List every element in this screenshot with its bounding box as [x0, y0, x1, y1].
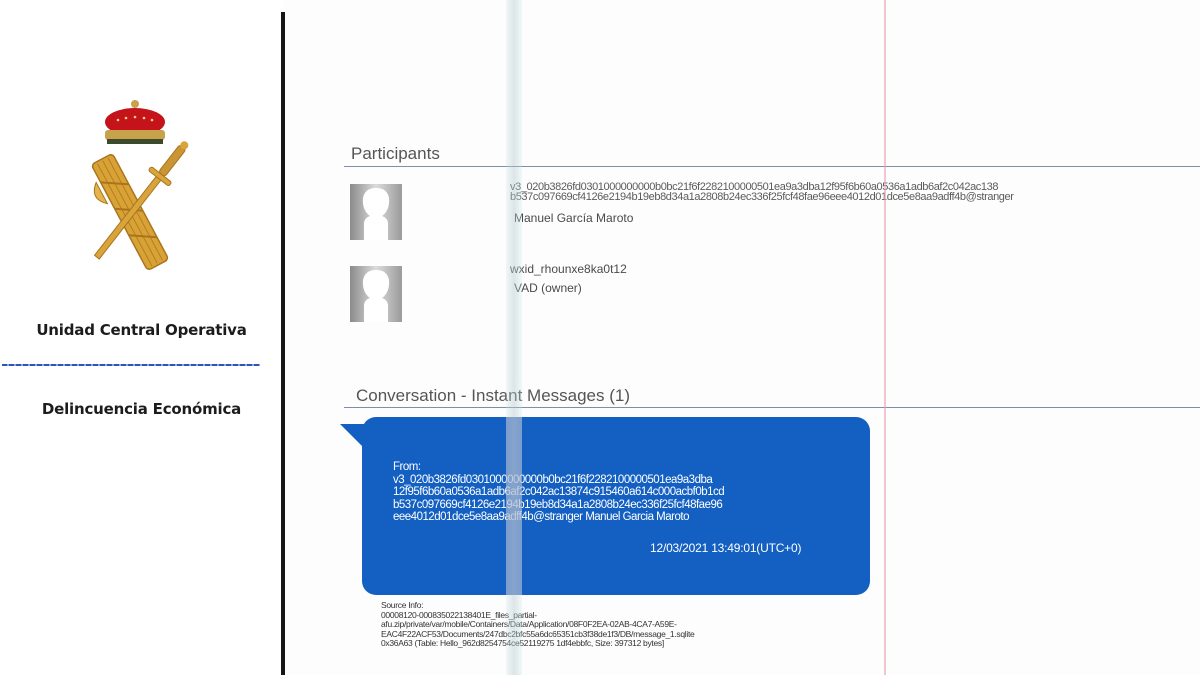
scan-artifact: [506, 417, 522, 595]
sidebar-panel: Unidad Central Operativa Delincuencia Ec…: [0, 0, 283, 675]
unit-subtitle: Delincuencia Económica: [0, 400, 283, 418]
participants-heading: Participants: [351, 144, 440, 164]
source-info: Source Info: 00008120-000835022138401E_f…: [381, 601, 841, 649]
guardia-civil-emblem-icon: [70, 92, 200, 282]
participant-name: Manuel García Maroto: [514, 211, 633, 225]
page-divider: [281, 12, 285, 675]
default-user-icon: [350, 184, 402, 240]
conversation-heading: Conversation - Instant Messages (1): [356, 386, 630, 406]
unit-title: Unidad Central Operativa: [0, 321, 283, 339]
scan-artifact: [884, 0, 886, 675]
conversation-title: Conversation - Instant Messages: [356, 386, 605, 405]
conversation-rule: [344, 407, 1200, 408]
source-info-line: 0x36A63 (Table: Hello_962d8254754ce52119…: [381, 639, 841, 649]
from-line: eee4012d01dce5e8aa9adff4b@stranger Manue…: [393, 511, 853, 524]
message-timestamp: 12/03/2021 13:49:01(UTC+0): [650, 541, 801, 555]
participant-name: VAD (owner): [514, 281, 582, 295]
divider: [2, 364, 260, 366]
from-line: 12f95f6b60a0536a1adb6af2c042ac13874c9154…: [393, 486, 853, 499]
from-label: From:: [393, 461, 853, 474]
message-count: (1): [609, 386, 630, 405]
participant-id: wxid_rhounxe8ka0t12: [510, 262, 627, 276]
participants-rule: [344, 166, 1200, 167]
message-body: From: v3_020b3826fd0301000000000b0bc21f6…: [393, 461, 853, 524]
default-user-icon: [350, 266, 402, 322]
from-line: v3_020b3826fd0301000000000b0bc21f6f22821…: [393, 474, 853, 487]
from-line: b537c097669cf4126e2194b19eb8d34a1a2808b2…: [393, 499, 853, 512]
participant-id-line2: b537c097669cf4126e2194b19eb8d34a1a2808b2…: [510, 192, 1014, 203]
